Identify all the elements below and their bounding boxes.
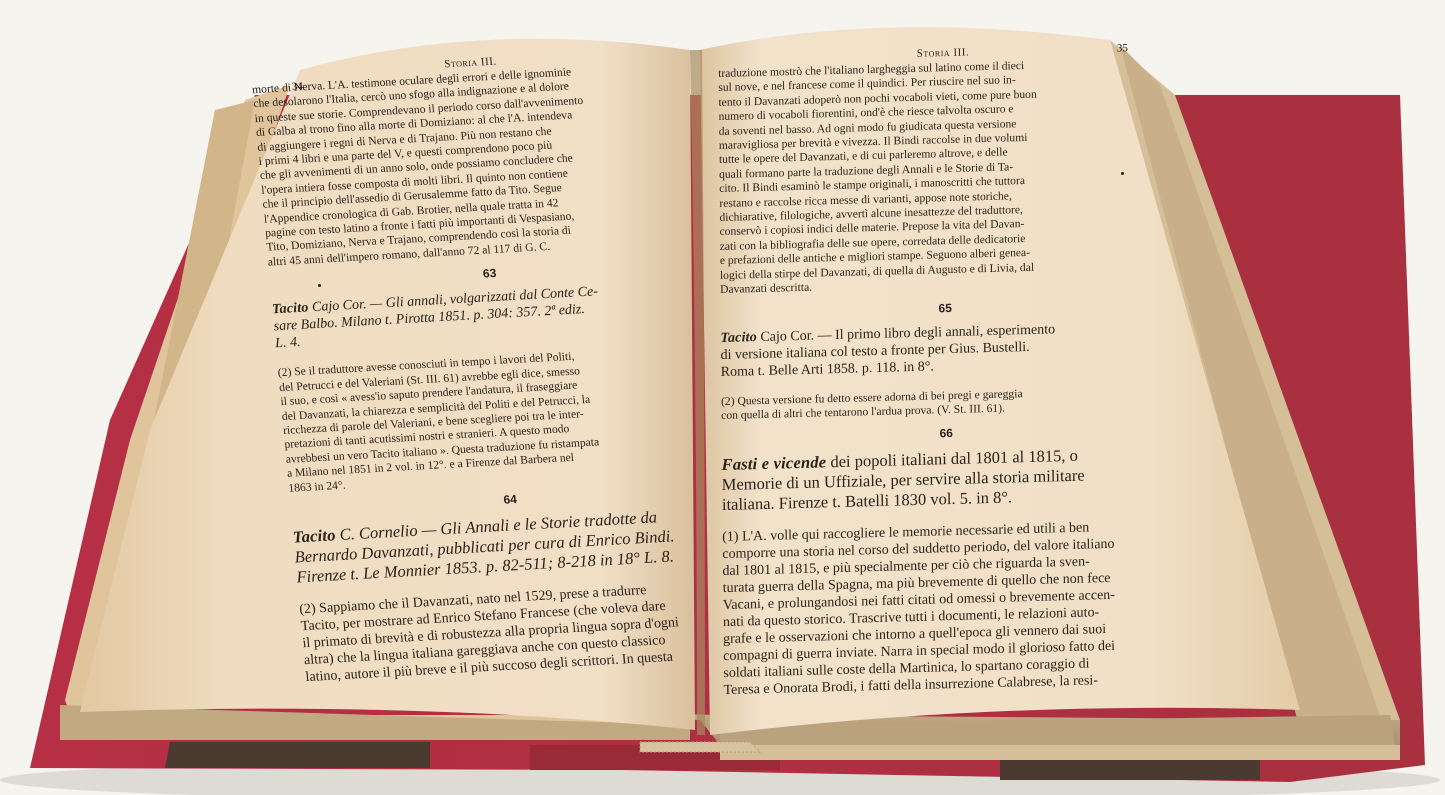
entry-66: Fasti e vicende dei popoli italiani dal … bbox=[722, 444, 1172, 516]
entry-65: Tacito Cajo Cor. — Il primo libro degli … bbox=[720, 318, 1170, 381]
right-page-text: Storia III. 35 traduzione mostrò che l'i… bbox=[718, 42, 1173, 699]
entry-number-66: 66 bbox=[721, 422, 1171, 446]
entry-keyword: Tacito bbox=[292, 525, 336, 546]
page-number-left: 34 bbox=[292, 81, 304, 93]
spine-label-left bbox=[165, 742, 430, 768]
entry-keyword: Tacito bbox=[720, 330, 757, 346]
ink-speck bbox=[318, 284, 321, 287]
page-number-right: 35 bbox=[1117, 43, 1128, 54]
note-63: (2) Se il traduttore avesse conosciuti i… bbox=[277, 342, 728, 496]
photo-scene: Storia III. 34 morte di Nerva. L'A. test… bbox=[0, 0, 1445, 795]
entry-63: Tacito Cajo Cor. — Gli annali, volgarizz… bbox=[271, 277, 715, 352]
entry-64: Tacito C. Cornelio — Gli Annali e le Sto… bbox=[292, 503, 737, 587]
entry-keyword: Tacito bbox=[271, 301, 309, 318]
left-page-text: Storia III. 34 morte di Nerva. L'A. test… bbox=[250, 46, 745, 686]
note-65: (2) Questa versione fu detto essere ador… bbox=[721, 383, 1171, 424]
entry-number-65: 65 bbox=[720, 296, 1170, 320]
note-66: (1) L'A. volle qui raccogliere le memori… bbox=[722, 518, 1173, 700]
left-continuation-text: morte di Nerva. L'A. testimone oculare d… bbox=[252, 59, 708, 270]
right-continuation-text: traduzione mostrò che l'italiano largheg… bbox=[718, 55, 1170, 297]
ink-speck bbox=[1121, 172, 1124, 175]
entry-keyword: Fasti e vicende bbox=[722, 453, 827, 475]
